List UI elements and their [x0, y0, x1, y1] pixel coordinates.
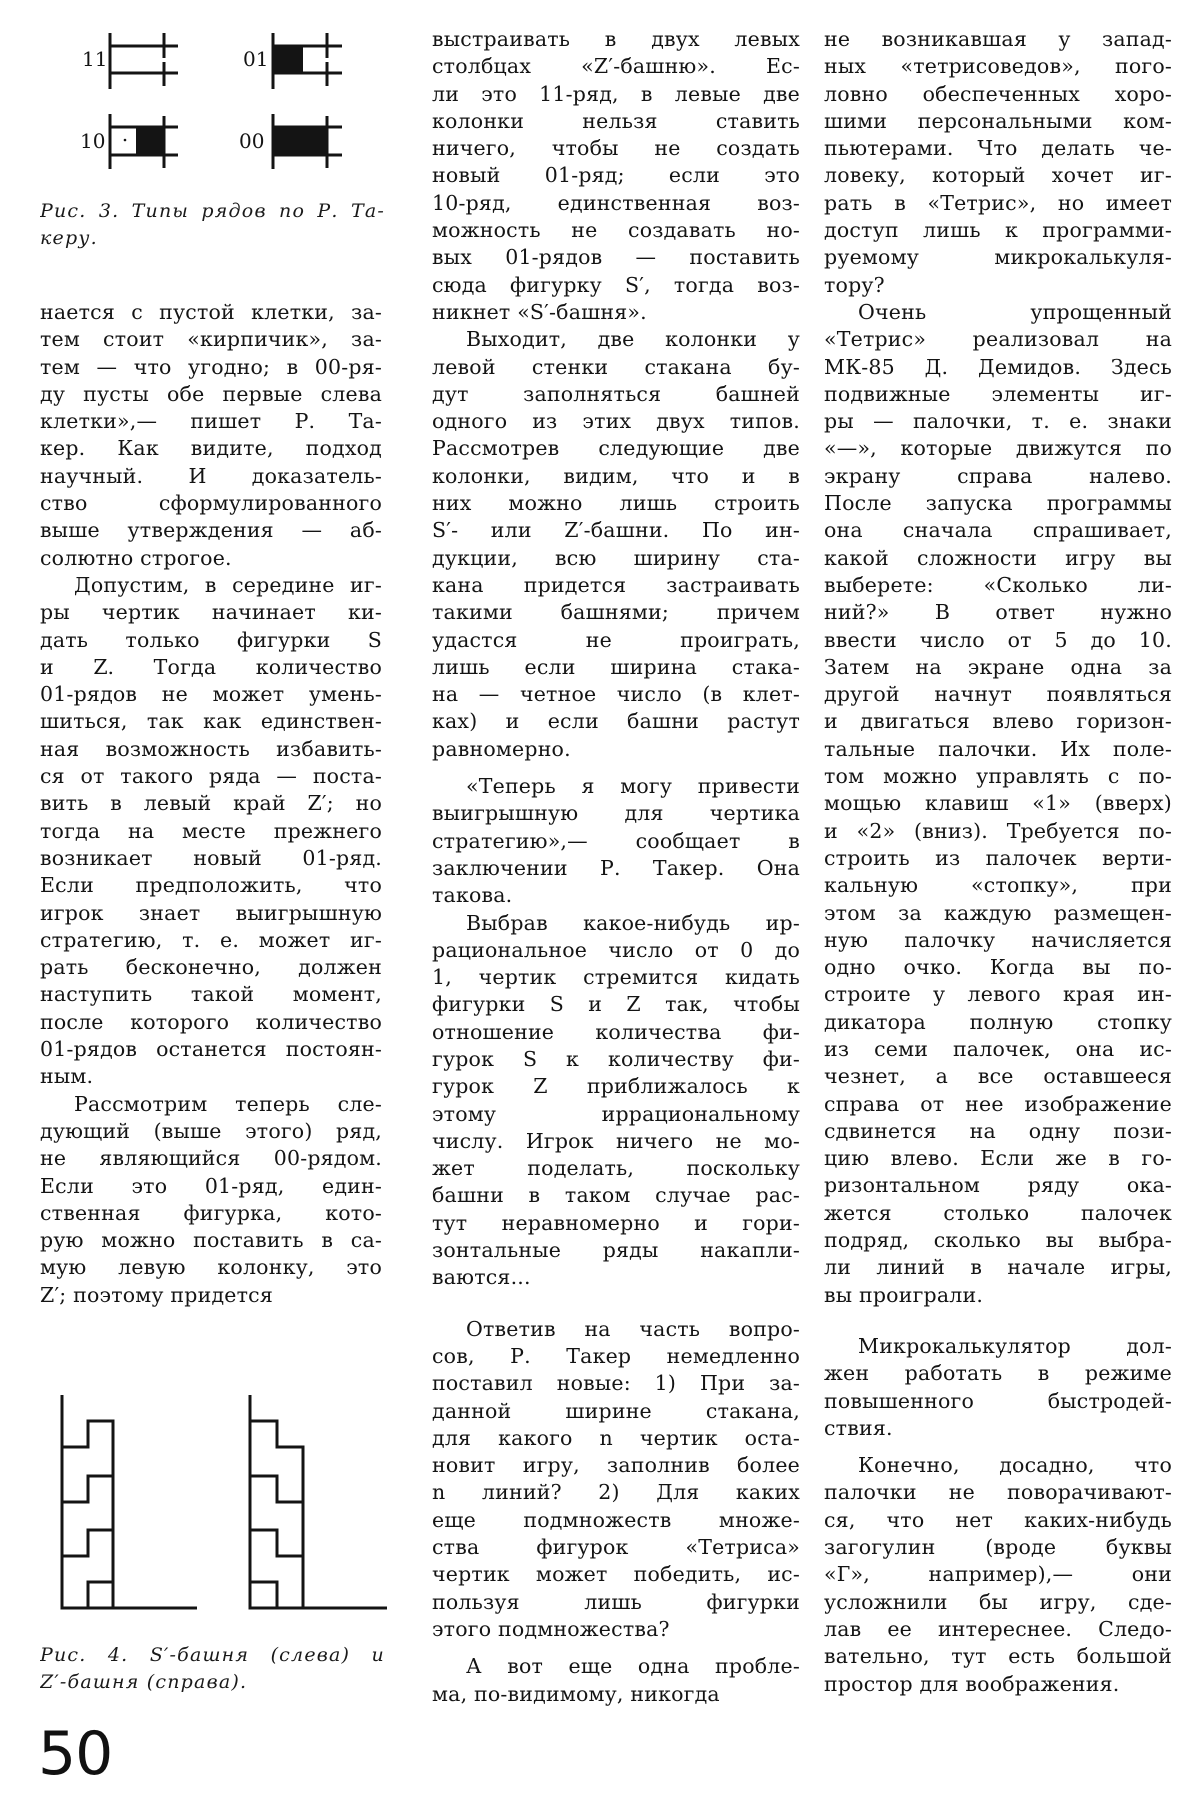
- text-line: для какого n чертик оста-: [432, 1425, 800, 1452]
- text-line: ли это 11-ряд, в левые две: [432, 81, 800, 108]
- text-line: сюда фигурку S′, тогда воз-: [432, 272, 800, 299]
- text-line: наступить такой момент,: [40, 981, 382, 1008]
- text-line: не возникавшая у запад-: [824, 26, 1172, 53]
- text-line: этому иррациональному: [432, 1101, 800, 1128]
- text-line: зонтальные ряды накапли-: [432, 1237, 800, 1264]
- text-line: равномерно.: [432, 736, 800, 763]
- text-line: Если это 01-ряд, един-: [40, 1173, 382, 1200]
- text-line: подряд, сколько вы выбра-: [824, 1227, 1172, 1254]
- text-line: и двигаться влево горизон-: [824, 708, 1172, 735]
- text-line: Допустим, в середине иг-: [40, 572, 382, 599]
- text-line: стратегию»,— сообщает в: [432, 828, 800, 855]
- text-line: простор для воображения.: [824, 1671, 1172, 1698]
- text-line: ство сформулированного: [40, 490, 382, 517]
- text-line: ловеку, который хочет иг-: [824, 162, 1172, 189]
- text-line: вить в левый край Z′; но: [40, 790, 382, 817]
- text-line: ризонтальном ряду ока-: [824, 1172, 1172, 1199]
- text-line: вы проиграли.: [824, 1282, 1172, 1309]
- row-label-11: 11: [82, 47, 107, 71]
- text-line: заключении Р. Такер. Она: [432, 855, 800, 882]
- text-line: числу. Игрок ничего не мо-: [432, 1128, 800, 1155]
- text-line: фигурки S и Z так, чтобы: [432, 991, 800, 1018]
- text-line: Очень упрощенный: [824, 299, 1172, 326]
- text-line: Рассмотрев следующие две: [432, 435, 800, 462]
- text-line: руемому микрокалькуля-: [824, 244, 1172, 271]
- text-line: Рассмотрим теперь сле-: [40, 1091, 382, 1118]
- text-line: одно очко. Когда вы по-: [824, 954, 1172, 981]
- text-line: «Г», например),— они: [824, 1561, 1172, 1588]
- text-line: ловно обеспеченных хоро-: [824, 81, 1172, 108]
- text-line: строите у левого края ин-: [824, 981, 1172, 1008]
- text-line: ствия.: [824, 1415, 1172, 1442]
- text-line: МК-85 Д. Демидов. Здесь: [824, 354, 1172, 381]
- text-line: стратегию, т. е. может иг-: [40, 927, 382, 954]
- text-line: А вот еще одна пробле-: [432, 1653, 800, 1680]
- text-line: кер. Как видите, подход: [40, 435, 382, 462]
- text-line: дукции, всю ширину ста-: [432, 545, 800, 572]
- text-line: тогда на месте прежнего: [40, 818, 382, 845]
- text-line: После запуска программы: [824, 490, 1172, 517]
- text-line: 10-ряд, единственная воз-: [432, 190, 800, 217]
- text-line: подвижные элементы иг-: [824, 381, 1172, 408]
- row-label-01: 01: [243, 47, 268, 71]
- text-line: вательно, тут есть большой: [824, 1643, 1172, 1670]
- text-line: клетки»,— пишет Р. Та-: [40, 408, 382, 435]
- text-line: и «2» (вниз). Требуется по-: [824, 818, 1172, 845]
- text-line: ма, по-видимому, никогда: [432, 1681, 800, 1708]
- text-line: пользуя лишь фигурки: [432, 1589, 800, 1616]
- text-line: ничего, чтобы не создать: [432, 135, 800, 162]
- text-line: на — четное число (в клет-: [432, 681, 800, 708]
- text-line: дать только фигурки S: [40, 627, 382, 654]
- text-line: дикатора полную стопку: [824, 1009, 1172, 1036]
- text-line: том можно управлять с по-: [824, 763, 1172, 790]
- text-line: них можно лишь строить: [432, 490, 800, 517]
- text-line: тору?: [824, 272, 1172, 299]
- text-line: нается с пустой клетки, за-: [40, 299, 382, 326]
- text-line: ства фигурок «Тетриса»: [432, 1534, 800, 1561]
- text-line: S′- или Z′-башни. По ин-: [432, 517, 800, 544]
- figure-4-caption: Рис. 4. S′-башня (слева) и Z′-башня (спр…: [40, 1642, 385, 1696]
- text-line: ную палочку начисляется: [824, 927, 1172, 954]
- text-line: данной ширине стакана,: [432, 1398, 800, 1425]
- text-line: мощью клавиш «1» (вверх): [824, 790, 1172, 817]
- text-line: жется столько палочек: [824, 1200, 1172, 1227]
- text-line: тут неравномерно и гори-: [432, 1210, 800, 1237]
- text-line: столбцах «Z′-башню». Ес-: [432, 53, 800, 80]
- text-line: такими башнями; причем: [432, 599, 800, 626]
- text-line: колонки нельзя ставить: [432, 108, 800, 135]
- text-line: возникает новый 01-ряд.: [40, 845, 382, 872]
- text-line: левой стенки стакана бу-: [432, 354, 800, 381]
- text-line: Затем на экране одна за: [824, 654, 1172, 681]
- text-line: Выходит, две колонки у: [432, 326, 800, 353]
- s-prime-tower: [62, 1395, 197, 1608]
- text-line: другой начнут появляться: [824, 681, 1172, 708]
- text-line: кальную «стопку», при: [824, 872, 1172, 899]
- text-line: из семи палочек, она ис-: [824, 1036, 1172, 1063]
- filled-cell: [136, 127, 164, 155]
- text-line: игрок знает выигрышную: [40, 900, 382, 927]
- text-line: лав ее интереснее. Следо-: [824, 1616, 1172, 1643]
- text-line: Конечно, досадно, что: [824, 1452, 1172, 1479]
- text-line: никнет «S′-башня».: [432, 299, 800, 326]
- row-label-10: 10: [80, 129, 105, 153]
- text-line: этом за каждую размещен-: [824, 900, 1172, 927]
- text-line: новый 01-ряд; если это: [432, 162, 800, 189]
- text-line: после которого количество: [40, 1009, 382, 1036]
- text-line: удастся не проиграть,: [432, 627, 800, 654]
- column-left-text: нается с пустой клетки, за-тем стоит «ки…: [40, 299, 382, 1309]
- text-line: Z′; поэтому придется: [40, 1282, 382, 1309]
- text-line: палочки не поворачивают-: [824, 1479, 1172, 1506]
- text-line: колонки, видим, что и в: [432, 463, 800, 490]
- text-line: усложнили бы игру, сде-: [824, 1589, 1172, 1616]
- text-line: она сначала спрашивает,: [824, 517, 1172, 544]
- text-line: еще подмножеств множе-: [432, 1507, 800, 1534]
- column-middle-text: выстраивать в двух левыхстолбцах «Z′-баш…: [432, 26, 800, 1708]
- text-line: и Z. Тогда количество: [40, 654, 382, 681]
- text-line: мую левую колонку, это: [40, 1254, 382, 1281]
- z-prime-tower: [250, 1395, 387, 1608]
- text-line: цию влево. Если же в го-: [824, 1145, 1172, 1172]
- text-line: поставил новые: 1) При за-: [432, 1370, 800, 1397]
- text-line: Ответив на часть вопро-: [432, 1316, 800, 1343]
- text-line: сов, Р. Такер немедленно: [432, 1343, 800, 1370]
- text-line: 01-рядов останется постоян-: [40, 1036, 382, 1063]
- text-line: справа от нее изображение: [824, 1091, 1172, 1118]
- text-line: «Тетрис» реализовал на: [824, 326, 1172, 353]
- text-line: гурок Z приближалось к: [432, 1073, 800, 1100]
- text-line: ний?» В ответ нужно: [824, 599, 1172, 626]
- text-line: жет поделать, поскольку: [432, 1155, 800, 1182]
- figure-3-row-types: 11 01 10 00: [0, 0, 360, 170]
- text-line: «—», которые движутся по: [824, 435, 1172, 462]
- text-line: ры чертик начинает ки-: [40, 599, 382, 626]
- text-line: рать в «Тетрис», но имеет: [824, 190, 1172, 217]
- text-line: чертик может победить, ис-: [432, 1561, 800, 1588]
- text-line: ных «тетрисоведов», пого-: [824, 53, 1172, 80]
- text-line: повышенного быстродей-: [824, 1388, 1172, 1415]
- text-line: выигрышную для чертика: [432, 800, 800, 827]
- text-line: солютно строгое.: [40, 545, 382, 572]
- text-line: шими персональными ком-: [824, 108, 1172, 135]
- row-label-00: 00: [239, 129, 264, 153]
- text-line: гурок S к количеству фи-: [432, 1046, 800, 1073]
- text-line: лишь если ширина стака-: [432, 654, 800, 681]
- text-line: дут заполняться башней: [432, 381, 800, 408]
- text-line: ввести число от 5 до 10.: [824, 627, 1172, 654]
- text-line: доступ лишь к программи-: [824, 217, 1172, 244]
- text-line: рациональное число от 0 до: [432, 937, 800, 964]
- text-line: кана придется застраивать: [432, 572, 800, 599]
- text-line: тем стоит «кирпичик», за-: [40, 326, 382, 353]
- text-line: ках) и если башни растут: [432, 708, 800, 735]
- text-line: ся, что нет каких-нибудь: [824, 1507, 1172, 1534]
- text-line: чезнет, а все оставшееся: [824, 1063, 1172, 1090]
- text-line: сдвинется на одну пози-: [824, 1118, 1172, 1145]
- text-line: строить из палочек верти-: [824, 845, 1172, 872]
- text-line: Если предположить, что: [40, 872, 382, 899]
- text-line: ваются...: [432, 1264, 800, 1291]
- text-line: одного из этих двух типов.: [432, 408, 800, 435]
- text-line: башни в таком случае рас-: [432, 1182, 800, 1209]
- text-line: такова.: [432, 882, 800, 909]
- text-line: рать бесконечно, должен: [40, 954, 382, 981]
- text-line: 1, чертик стремится кидать: [432, 964, 800, 991]
- figure-3-caption: Рис. 3. Типы рядов по Р. Та- керу.: [40, 198, 385, 252]
- text-line: жен работать в режиме: [824, 1360, 1172, 1387]
- text-line: выберете: «Сколько ли-: [824, 572, 1172, 599]
- text-line: научный. И доказатель-: [40, 463, 382, 490]
- text-line: ся от такого ряда — поста-: [40, 763, 382, 790]
- text-line: n линий? 2) Для каких: [432, 1479, 800, 1506]
- text-line: ду пусты обе первые слева: [40, 381, 382, 408]
- text-line: отношение количества фи-: [432, 1019, 800, 1046]
- column-right-text: не возникавшая у запад-ных «тетрисоведов…: [824, 26, 1172, 1698]
- text-line: какой сложности игру вы: [824, 545, 1172, 572]
- text-line: этого подмножества?: [432, 1616, 800, 1643]
- figure-4-towers: [0, 1380, 400, 1620]
- text-line: загогулин (вроде буквы: [824, 1534, 1172, 1561]
- text-line: можность не создавать но-: [432, 217, 800, 244]
- text-line: «Теперь я могу привести: [432, 773, 800, 800]
- text-line: экрану справа налево.: [824, 463, 1172, 490]
- text-line: рую можно поставить в са-: [40, 1227, 382, 1254]
- filled-cell: [273, 46, 303, 73]
- text-line: ры — палочки, т. е. знаки: [824, 408, 1172, 435]
- text-line: не являющийся 00-рядом.: [40, 1145, 382, 1172]
- text-line: Микрокалькулятор дол-: [824, 1333, 1172, 1360]
- text-line: ственная фигурка, кото-: [40, 1200, 382, 1227]
- text-line: тем — что угодно; в 00-ря-: [40, 354, 382, 381]
- text-line: 01-рядов не может умень-: [40, 681, 382, 708]
- text-line: новит игру, заполнив более: [432, 1452, 800, 1479]
- text-line: выше утверждения — аб-: [40, 517, 382, 544]
- text-line: пьютерами. Что делать че-: [824, 135, 1172, 162]
- text-line: ная возможность избавить-: [40, 736, 382, 763]
- text-line: выстраивать в двух левых: [432, 26, 800, 53]
- text-line: шиться, так как единствен-: [40, 708, 382, 735]
- text-line: Выбрав какое-нибудь ир-: [432, 910, 800, 937]
- text-line: ли линий в начале игры,: [824, 1254, 1172, 1281]
- page-number: 50: [38, 1724, 112, 1784]
- text-line: дующий (выше этого) ряд,: [40, 1118, 382, 1145]
- text-line: ным.: [40, 1063, 382, 1090]
- text-line: тальные палочки. Их поле-: [824, 736, 1172, 763]
- filled-cell: [273, 127, 327, 155]
- text-line: вых 01-рядов — поставить: [432, 244, 800, 271]
